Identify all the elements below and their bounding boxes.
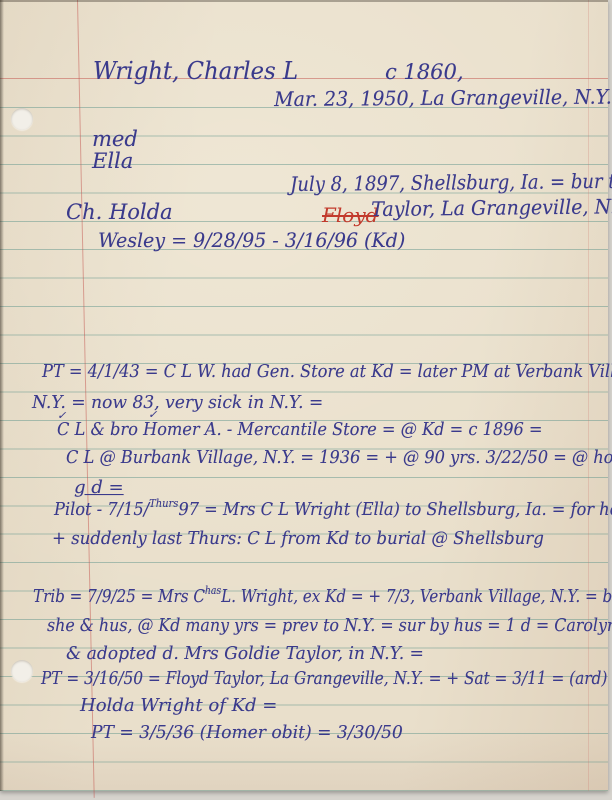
note-segment: Trib = 7/9/25 = Mrs C: [33, 586, 205, 607]
note-line: Trib = 7/9/25 = Mrs ChasL. Wright, ex Kd…: [33, 586, 612, 607]
note-line: Pilot - 7/15/Thurs97 = Mrs C L Wright (E…: [54, 499, 612, 520]
notebook-page: Wright, Charles L c 1860, Mar. 23, 1950,…: [0, 0, 612, 800]
note-line: she & hus, @ Kd many yrs = prev to N.Y. …: [47, 615, 612, 636]
punch-hole-bottom: [11, 660, 33, 682]
page-edge-shadow: [0, 0, 4, 791]
entry-name: Wright, Charles L: [93, 57, 298, 85]
note-segment: Pilot - 7/15/: [54, 499, 149, 520]
entry-child-married: Taylor, La Grangeville, N.Y.: [371, 194, 612, 221]
entry-marriage-abbrev: med: [92, 127, 138, 151]
note-line: C L @ Burbank Village, N.Y. = 1936 = + @…: [66, 447, 612, 468]
entry-children-label: Ch. Holda: [66, 200, 173, 224]
note-line: Holda Wright of Kd =: [80, 695, 277, 716]
note-line: + suddenly last Thurs: C L from Kd to bu…: [52, 528, 544, 549]
note-line: PT = 3/5/36 (Homer obit) = 3/30/50: [91, 722, 403, 743]
note-line: & adopted d. Mrs Goldie Taylor, in N.Y. …: [66, 643, 424, 664]
page-top-edge: [0, 0, 608, 2]
note-line: N.Y. = now 83, very sick in N.Y. =: [32, 392, 323, 413]
punch-hole-top: [11, 108, 33, 130]
note-line: g d =: [74, 477, 124, 498]
note-line: PT = 4/1/43 = C L W. had Gen. Store at K…: [42, 361, 612, 382]
entry-child2: Wesley = 9/28/95 - 3/16/96 (Kd): [98, 228, 405, 252]
top-margin-line: [0, 78, 608, 79]
crossed-out-name: Floyd: [322, 203, 378, 227]
note-line: PT = 3/16/50 = Floyd Taylor, La Grangevi…: [41, 668, 612, 689]
note-superscript: has: [205, 584, 221, 597]
entry-spouse-death: July 8, 1897, Shellsburg, Ia. = bur ther…: [290, 168, 612, 196]
entry-birth-date: c 1860,: [385, 60, 464, 84]
note-superscript: Thurs: [149, 497, 178, 510]
entry-death-date: Mar. 23, 1950, La Grangeville, N.Y. NY: [274, 84, 612, 111]
entry-spouse-name: Ella: [92, 149, 133, 173]
note-segment: L. Wright, ex Kd = + 7/3, Verbank Villag…: [221, 586, 612, 607]
note-segment: 97 = Mrs C L Wright (Ella) to Shellsburg…: [178, 499, 612, 520]
note-line: C L & bro Homer A. - Mercantile Store = …: [57, 419, 543, 440]
